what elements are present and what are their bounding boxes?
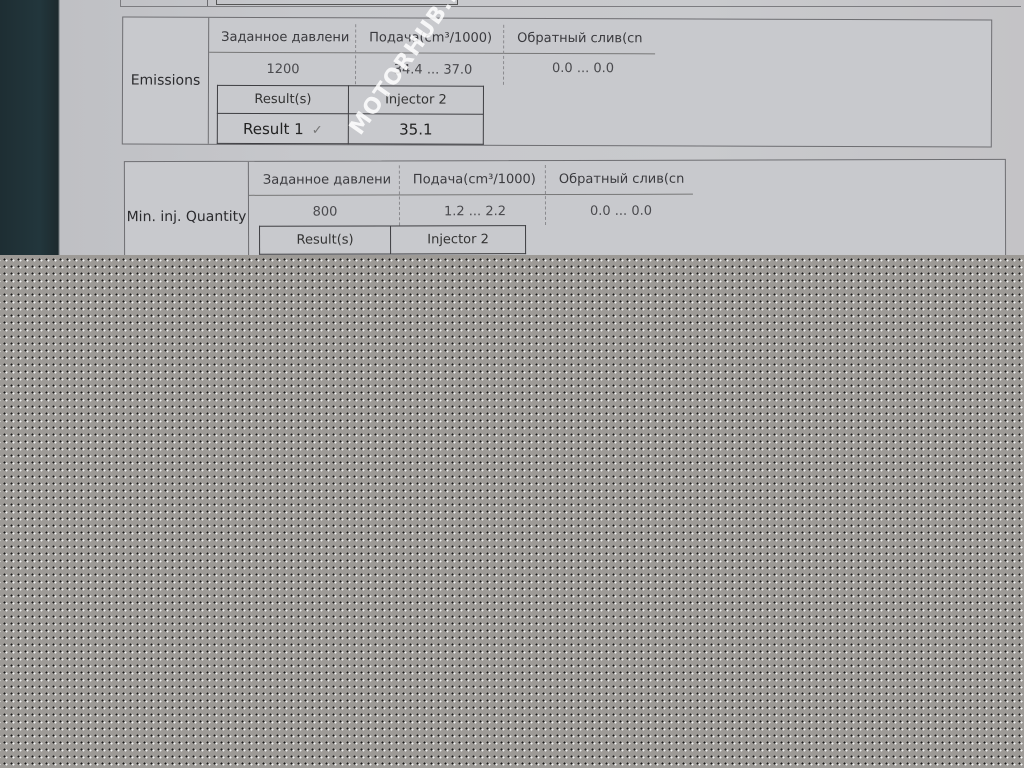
section-label: Emissions bbox=[123, 17, 209, 143]
result-row-label: Result 1✓ bbox=[217, 113, 348, 143]
results-header-label: Result(s) bbox=[217, 85, 348, 113]
section-label: Min. inj. Quantity bbox=[125, 162, 249, 255]
header-set-pressure: Заданное давлени bbox=[221, 30, 349, 45]
section-min-inj-quantity: Min. inj. Quantity Заданное давлени Пода… bbox=[124, 159, 1006, 255]
header-set-pressure: Заданное давлени bbox=[263, 172, 391, 187]
check-icon: ✓ bbox=[312, 123, 323, 138]
header-return-flow: Обратный слив(cn bbox=[559, 172, 684, 187]
section-emissions: Emissions Заданное давлени Подача(cm³/10… bbox=[122, 16, 992, 147]
masked-region bbox=[0, 255, 1024, 768]
previous-section-edge bbox=[120, 0, 1021, 7]
value-return-flow: 0.0 ... 0.0 bbox=[581, 204, 661, 219]
header-return-flow: Обратный слив(cn bbox=[517, 31, 642, 46]
value-set-pressure: 800 bbox=[285, 205, 365, 220]
header-delivery: Подача(cm³/1000) bbox=[413, 172, 536, 187]
value-return-flow: 0.0 ... 0.0 bbox=[543, 61, 623, 76]
document-photo: Emissions Заданное давлени Подача(cm³/10… bbox=[0, 0, 1024, 255]
results-header-injector: Injector 2 bbox=[391, 226, 526, 254]
value-delivery: 1.2 ... 2.2 bbox=[425, 204, 525, 219]
value-set-pressure: 1200 bbox=[243, 62, 323, 77]
results-table: Result(s) Injector 2 Result 1✓ 35.1 bbox=[217, 85, 484, 145]
results-table: Result(s) Injector 2 bbox=[259, 225, 526, 255]
results-header-label: Result(s) bbox=[260, 226, 391, 254]
